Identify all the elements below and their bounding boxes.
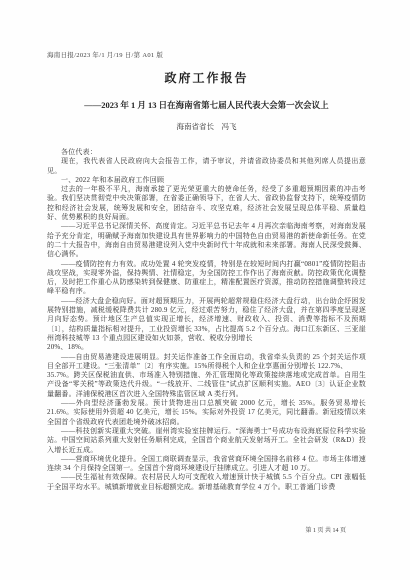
paragraph: ——经济大盘企稳向好。面对超预期压力，开展两轮超常规稳住经济大盘行动，出台助企纾… bbox=[47, 297, 366, 353]
paragraph: ——疫情防控有力有效。成功处置 4 轮突发疫情，特别是在较短时间内打赢“0801… bbox=[47, 260, 366, 297]
paragraph: 现在，我代表省人民政府向大会报告工作，请予审议，并请省政协委员和其他列席人员提出… bbox=[47, 157, 366, 176]
paragraph: ——外向型经济蓬勃发展。预计货物进出口总额突破 2000 亿元，增长 35%。服… bbox=[47, 399, 366, 427]
document-body: 各位代表： 现在，我代表省人民政府向大会报告工作，请予审议，并请省政协委员和其他… bbox=[47, 148, 366, 492]
section-heading: 一、2022 年和本届政府工作回顾 bbox=[47, 176, 366, 185]
document-subtitle: ——2023 年 1 月 13 日在海南省第七届人民代表大会第一次会议上 bbox=[47, 99, 366, 111]
page-number: 第 1 页 共 14 页 bbox=[47, 525, 366, 534]
masthead: 海南日报/2023 年/1 月/19 日/第 A01 版 bbox=[47, 50, 366, 59]
paragraph: ——习近平总书记深情关怀、高度肯定。习近平总书记去年 4 月再次亲临海南考察，对… bbox=[47, 222, 366, 259]
author-line: 海南省省长 冯飞 bbox=[47, 121, 366, 132]
paragraph: 过去的一年极不平凡，海南承接了更光荣更重大的使命任务，经受了多重超预期因素的冲击… bbox=[47, 185, 366, 222]
paragraph: ——营商环境优化提升。全国工商联调查显示，我省营商环境全国排名前移 4 位。市场… bbox=[47, 455, 366, 474]
paragraph: ——科技创新实现重大突破。崖州湾实验室挂牌运行。“深海勇士”号成功布设海底原位科… bbox=[47, 427, 366, 455]
document-page: 海南日报/2023 年/1 月/19 日/第 A01 版 政府工作报告 ——20… bbox=[0, 0, 410, 580]
paragraph: ——民生福祉有效保障。农村居民人均可支配收入增速预计快于城镇 5.5 个百分点。… bbox=[47, 473, 366, 492]
paragraph: ——自由贸易港建设进展明显。封关运作准备工作全面启动，我省牵头负责的 25 个封… bbox=[47, 353, 366, 399]
salutation: 各位代表： bbox=[47, 148, 366, 157]
page-title: 政府工作报告 bbox=[47, 69, 366, 86]
